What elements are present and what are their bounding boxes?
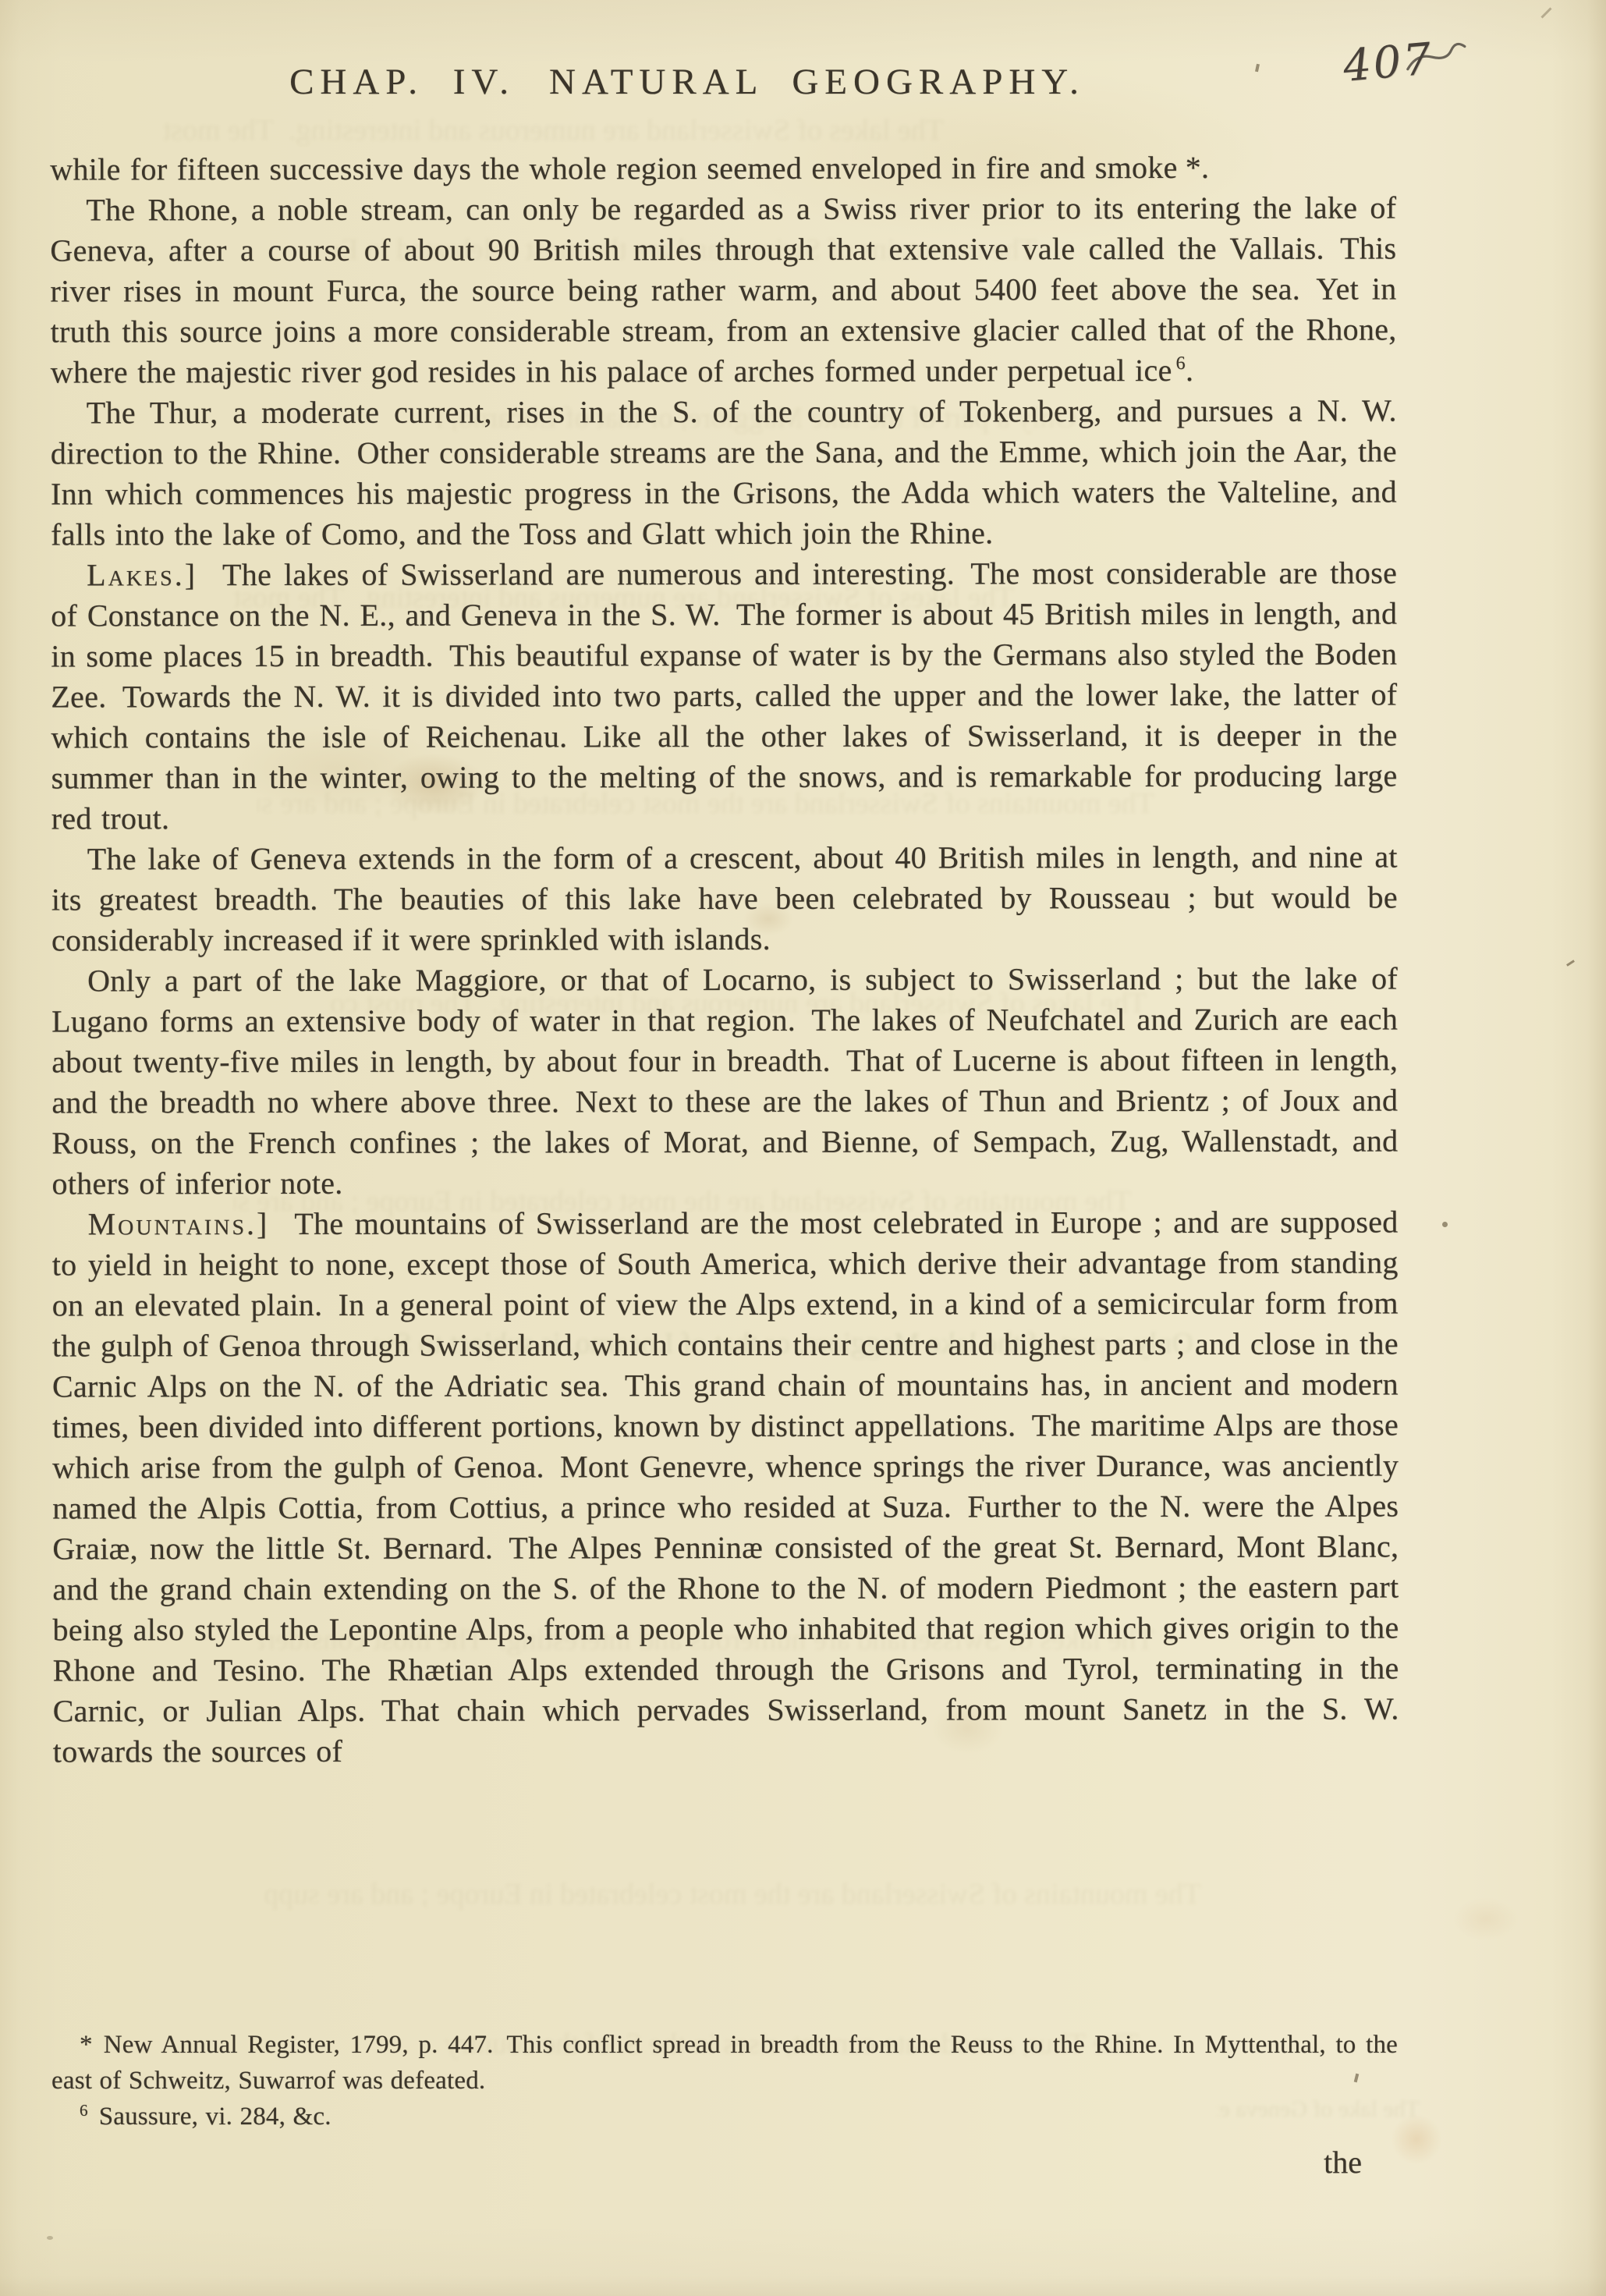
footnote-marker-6: 6 <box>80 2101 88 2120</box>
footnote-marker-asterisk: * <box>1186 150 1201 185</box>
footnote-marker-asterisk: * <box>80 2031 93 2059</box>
footnote-saussure: 6Saussure, vi. 284, &c. <box>51 2099 1398 2135</box>
ink-speck <box>1442 1222 1448 1227</box>
footnote-marker-6: 6 <box>1176 353 1186 374</box>
paragraph-text: The mountains of Swisserland are the mos… <box>52 1204 1399 1769</box>
paragraph-text: Only a part of the lake Maggiore, or tha… <box>51 960 1398 1201</box>
text-block: while for fifteen successive days the wh… <box>50 147 1399 1772</box>
showthrough-ghost: The lakes of Swisserland are numerous an… <box>164 112 944 151</box>
footnote-annual-register: *New Annual Register, 1799, p. 447. This… <box>51 2027 1398 2099</box>
paragraph-text: The Rhone, a noble stream, can only be r… <box>50 190 1396 389</box>
paragraph-text: The Thur, a moderate current, rises in t… <box>51 392 1397 552</box>
chapter-title: NATURAL GEOGRAPHY. <box>549 62 1085 102</box>
paragraph-maggiore: Only a part of the lake Maggiore, or tha… <box>51 958 1399 1204</box>
paragraph-mountains: Mountains.]The mountains of Swisserland … <box>52 1201 1399 1772</box>
ink-speck <box>1540 7 1551 18</box>
ink-speck <box>1566 960 1575 967</box>
paragraph-text: while for fifteen successive days the wh… <box>50 150 1178 187</box>
showthrough-ghost: The mountains of Swisserland are the mos… <box>265 1875 1201 1915</box>
paragraph-smoke: while for fifteen successive days the wh… <box>50 147 1396 190</box>
section-label-mountains: Mountains.] <box>88 1206 270 1241</box>
section-label-lakes: Lakes.] <box>87 557 197 592</box>
ink-speck <box>47 2236 53 2240</box>
chapter-label: CHAP. IV. <box>289 62 515 102</box>
footnote-text: New Annual Register, 1799, p. 447. This … <box>51 2031 1398 2095</box>
paragraph-tail: . <box>1186 353 1193 388</box>
footnotes-block: *New Annual Register, 1799, p. 447. This… <box>51 2027 1398 2135</box>
paragraph-text: The lake of Geneva extends in the form o… <box>51 839 1398 957</box>
paragraph-lakes: Lakes.]The lakes of Swisserland are nume… <box>51 552 1398 839</box>
paragraph-thur: The Thur, a moderate current, rises in t… <box>51 390 1397 555</box>
book-page: The lake of Geneva extends in the form o… <box>0 0 1606 2296</box>
paragraph-text: The lakes of Swisserland are numerous an… <box>51 555 1397 836</box>
catchword: the <box>51 2144 1362 2181</box>
paragraph-rhone: The Rhone, a noble stream, can only be r… <box>50 187 1396 392</box>
paragraph-tail: . <box>1201 150 1209 185</box>
footnote-text: Saussure, vi. 284, &c. <box>99 2103 331 2131</box>
running-head: CHAP. IV.NATURAL GEOGRAPHY. <box>51 61 1323 103</box>
paragraph-geneva: The lake of Geneva extends in the form o… <box>51 836 1398 960</box>
